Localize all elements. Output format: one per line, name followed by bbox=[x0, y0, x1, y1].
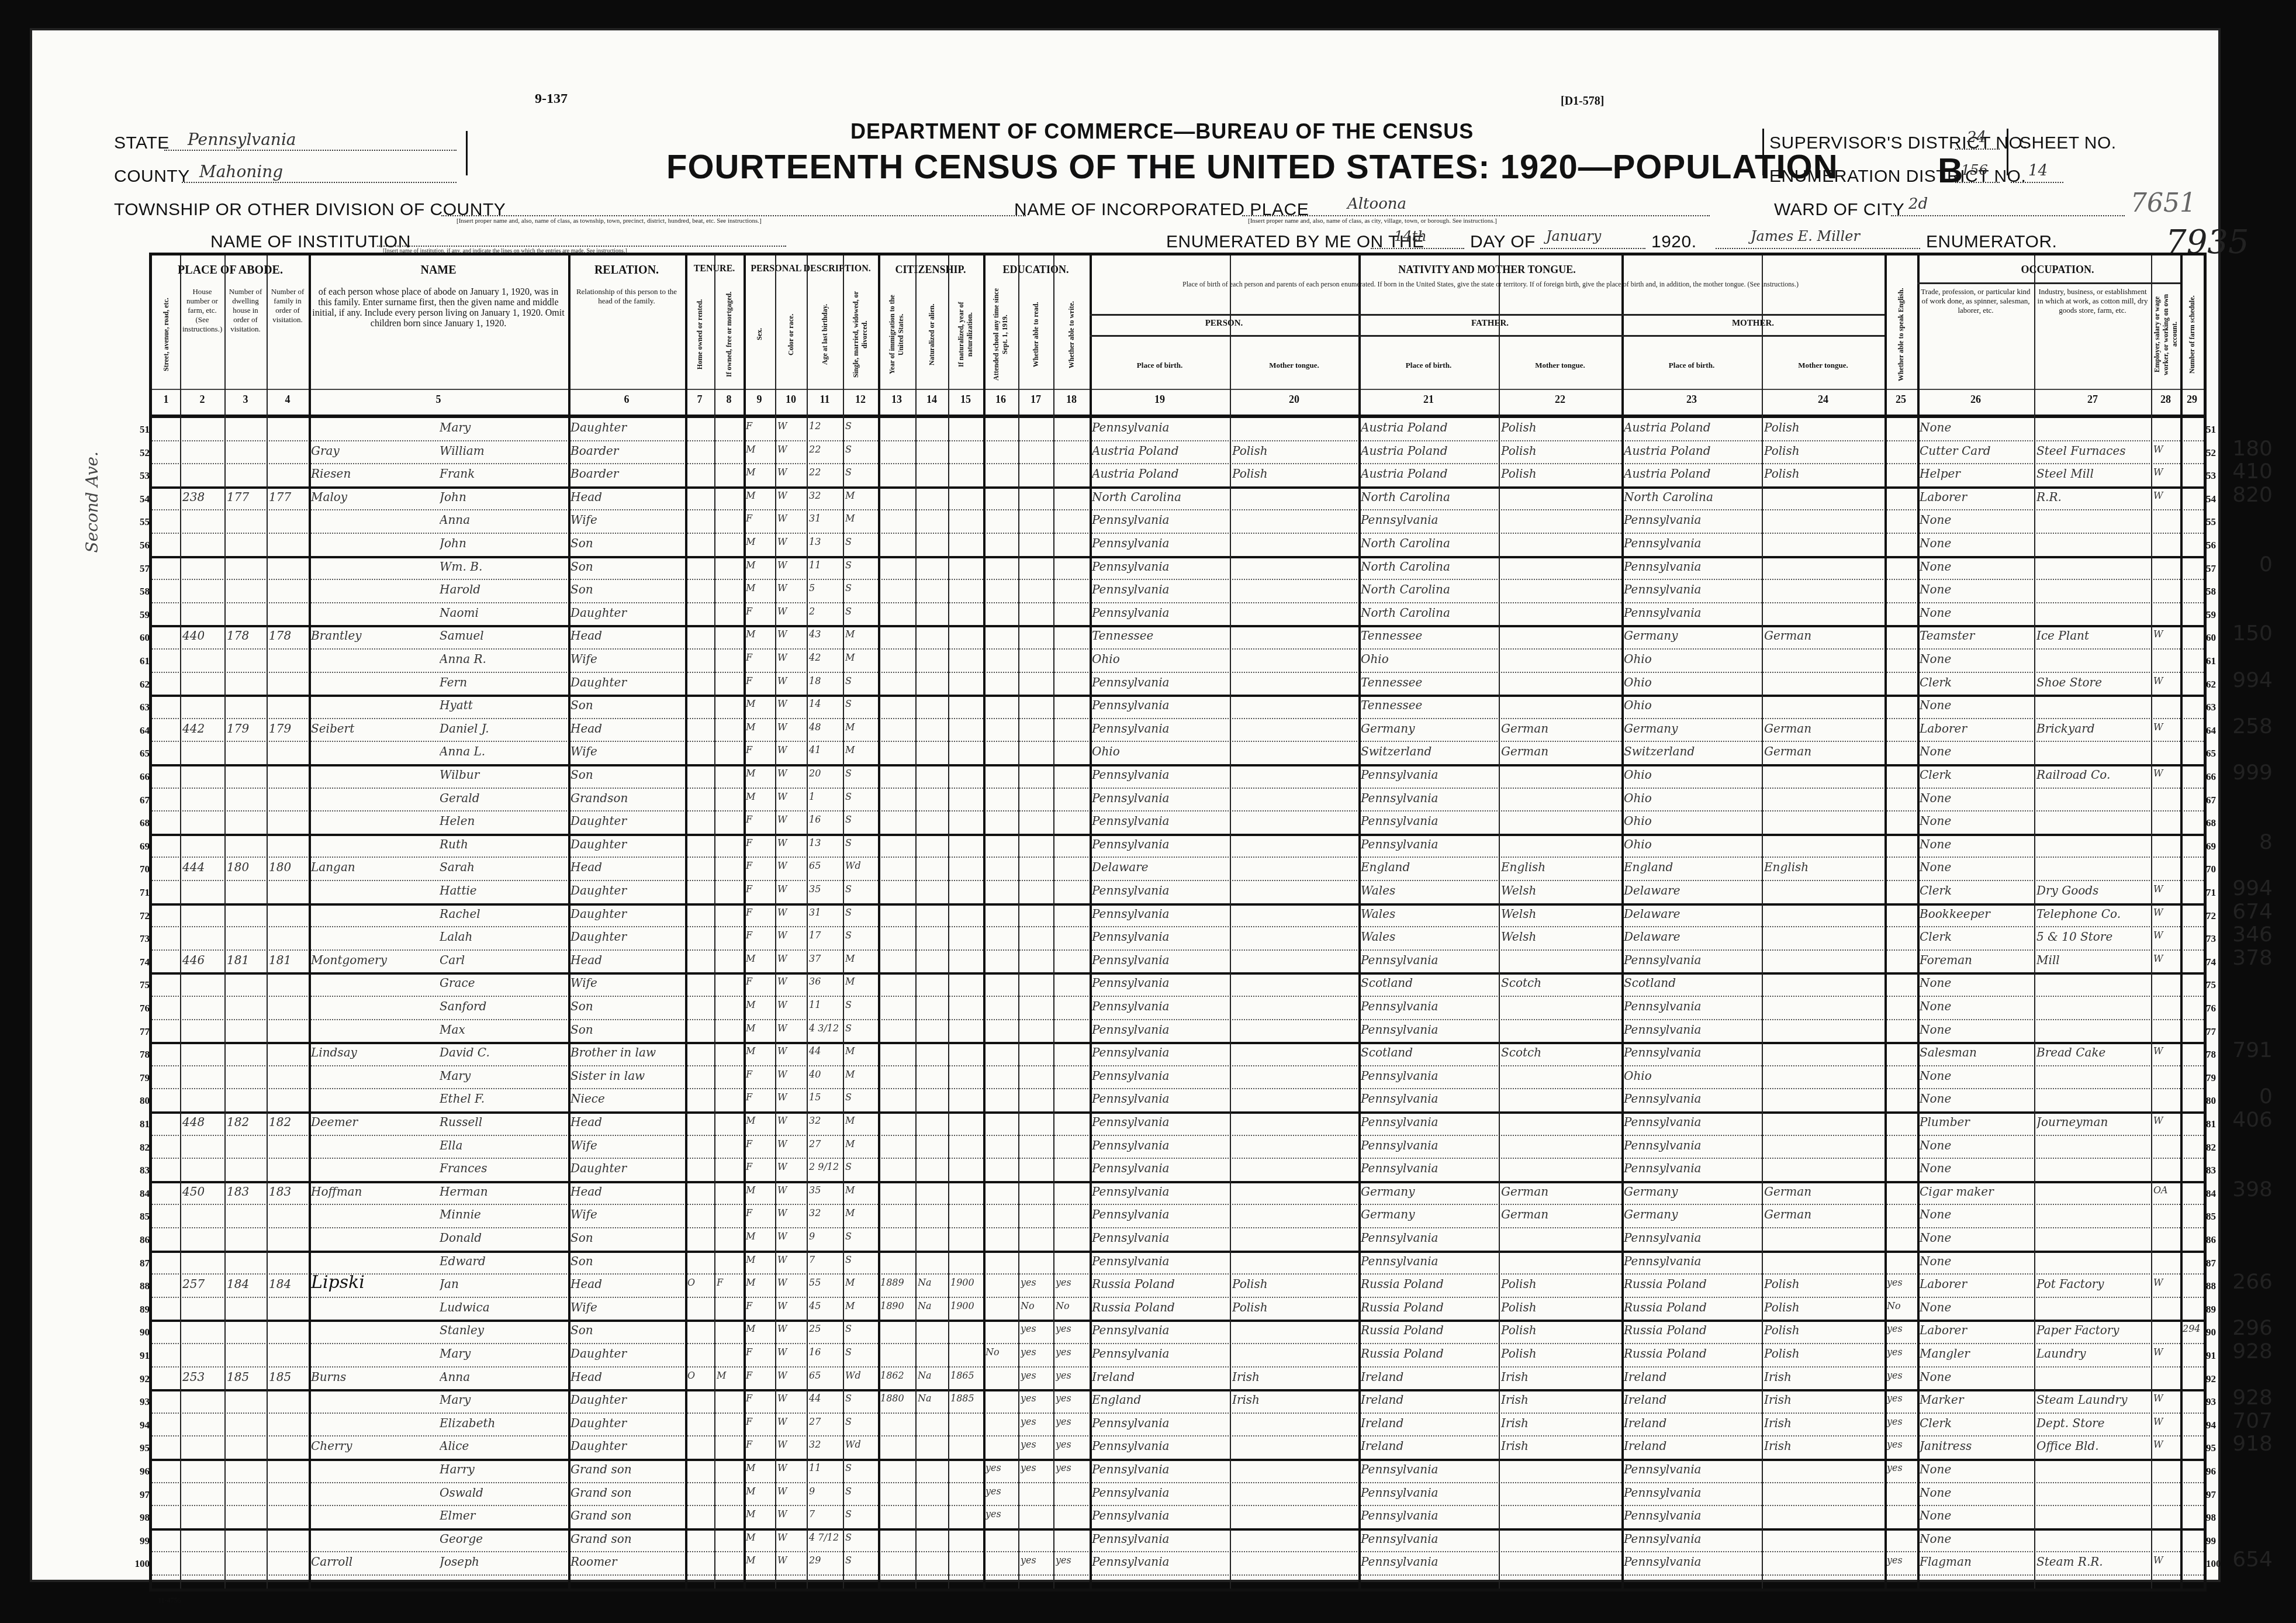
table-row: 6262FernDaughterFW18SPennsylvaniaTenness… bbox=[152, 672, 2204, 697]
cell-sex: F bbox=[746, 1300, 773, 1311]
column-divider bbox=[224, 255, 226, 1589]
column-number: 27 bbox=[2034, 393, 2151, 406]
cell-marital: Wd bbox=[845, 860, 876, 871]
cell-age: 12 bbox=[809, 420, 841, 431]
cell-birth: Pennsylvania bbox=[1092, 675, 1227, 689]
cell-m-birth: Pennsylvania bbox=[1624, 1045, 1759, 1059]
cell-speak: yes bbox=[1887, 1346, 1915, 1358]
cell-m-birth: Russia Poland bbox=[1624, 1346, 1759, 1360]
cell-race: W bbox=[777, 1185, 804, 1196]
cell-f-birth: England bbox=[1361, 860, 1496, 874]
cell-m-birth: Ireland bbox=[1624, 1416, 1759, 1430]
cell-sex: F bbox=[746, 513, 773, 524]
cell-birth: Pennsylvania bbox=[1092, 953, 1227, 967]
table-row: 5858HaroldSonMW5SPennsylvaniaNorth Carol… bbox=[152, 579, 2204, 603]
column-header-label: Year of immigration to the United States… bbox=[888, 285, 905, 384]
cell-given: Alice bbox=[440, 1439, 566, 1453]
cell-race: W bbox=[777, 768, 804, 779]
cell-occupation: None bbox=[1920, 1069, 2032, 1083]
cell-birth: Pennsylvania bbox=[1092, 1462, 1227, 1476]
cell-relation: Niece bbox=[570, 1092, 683, 1106]
cell-industry: Steel Mill bbox=[2036, 467, 2149, 481]
cell-age: 35 bbox=[809, 883, 841, 895]
cell-relation: Son bbox=[570, 698, 683, 712]
column-header-label: Whether able to speak English. bbox=[1897, 285, 1906, 384]
cell-m-birth: Pennsylvania bbox=[1624, 1138, 1759, 1152]
cell-birth: Pennsylvania bbox=[1092, 1323, 1227, 1337]
cell-farm: 294 bbox=[2183, 1323, 2201, 1334]
enumerated-month-field[interactable]: January bbox=[1540, 228, 1645, 249]
cell-occupation: None bbox=[1920, 1023, 2032, 1037]
group-citizenship: CITIZENSHIP. bbox=[878, 264, 983, 276]
line-number: 65 bbox=[2206, 748, 2229, 759]
column-divider bbox=[948, 255, 949, 1589]
cell-f-tongue: Welsh bbox=[1501, 907, 1619, 921]
cell-f-birth: Pennsylvania bbox=[1361, 1092, 1496, 1106]
cell-occupation: Clerk bbox=[1920, 675, 2032, 689]
enumerated-month: January bbox=[1546, 228, 1601, 244]
cell-race: W bbox=[777, 744, 804, 755]
cell-birth: Pennsylvania bbox=[1092, 1185, 1227, 1199]
cell-age: 32 bbox=[809, 1207, 841, 1218]
cell-f-tongue: Polish bbox=[1501, 1300, 1619, 1314]
cell-race: W bbox=[777, 1207, 804, 1218]
table-row: 7878LindsayDavid C.Brother in lawMW44MPe… bbox=[152, 1042, 2204, 1066]
column-divider bbox=[1917, 255, 1920, 1589]
cell-age: 9 bbox=[809, 1486, 841, 1497]
cell-surname: Seibert bbox=[311, 721, 434, 735]
county-value: Mahoning bbox=[199, 162, 283, 181]
column-header-4: Number of family in order of visitation. bbox=[267, 285, 309, 389]
column-header-label: Relationship of this person to the head … bbox=[568, 285, 685, 308]
cell-marital: S bbox=[845, 907, 876, 918]
column-number: 6 bbox=[568, 393, 685, 406]
cell-given: Gerald bbox=[440, 791, 566, 805]
cell-occupation: None bbox=[1920, 536, 2032, 550]
cell-age: 5 bbox=[809, 582, 841, 593]
supervisor-field[interactable]: 24 bbox=[1955, 129, 2000, 150]
cell-read: No bbox=[1021, 1300, 1051, 1311]
cell-birth: Austria Poland bbox=[1092, 444, 1227, 458]
cell-sex: F bbox=[746, 606, 773, 617]
cell-sex: F bbox=[746, 976, 773, 987]
cell-m-birth: Pennsylvania bbox=[1624, 606, 1759, 620]
cell-sex: F bbox=[746, 907, 773, 918]
cell-sex: M bbox=[746, 698, 773, 709]
township-field[interactable] bbox=[441, 202, 1026, 216]
cell-sex: M bbox=[746, 1277, 773, 1288]
cell-f-tongue: Polish bbox=[1501, 420, 1619, 434]
cell-relation: Wife bbox=[570, 744, 683, 758]
column-number: 11 bbox=[807, 393, 843, 406]
cell-nat: Na bbox=[918, 1300, 946, 1311]
column-header-label: Place of birth. bbox=[1358, 337, 1499, 372]
column-divider bbox=[714, 255, 715, 1589]
cell-m-birth: Germany bbox=[1624, 1207, 1759, 1221]
enumeration-value: 156 bbox=[1961, 162, 1988, 178]
cell-sex: F bbox=[746, 652, 773, 663]
cell-birth: Pennsylvania bbox=[1092, 1532, 1227, 1546]
cell-sex: M bbox=[746, 1254, 773, 1265]
column-header-label: Whether able to read. bbox=[1032, 285, 1040, 384]
column-header-17: Whether able to read. bbox=[1018, 285, 1053, 389]
enumerated-day-field[interactable]: 14th bbox=[1371, 228, 1464, 249]
cell-occupation: Laborer bbox=[1920, 1277, 2032, 1291]
cell-employer: W bbox=[2153, 930, 2178, 941]
cell-marital: S bbox=[845, 675, 876, 686]
cell-industry: Journeyman bbox=[2036, 1115, 2149, 1129]
cell-natyear: 1900 bbox=[950, 1277, 981, 1288]
line-number: 56 bbox=[126, 540, 150, 551]
column-divider bbox=[878, 255, 880, 1589]
cell-sex: F bbox=[746, 675, 773, 686]
cell-given: Stanley bbox=[440, 1323, 566, 1337]
corner-note: 7651 bbox=[2131, 188, 2196, 218]
cell-occupation: None bbox=[1920, 999, 2032, 1013]
header-divider bbox=[1090, 314, 1884, 316]
cell-employer: W bbox=[2153, 467, 2178, 478]
column-header-label: Single, married, widowed, or divorced. bbox=[852, 285, 869, 384]
cell-speak: No bbox=[1887, 1300, 1915, 1311]
column-divider bbox=[568, 255, 570, 1589]
line-number: 55 bbox=[126, 516, 150, 528]
cell-sex: F bbox=[746, 1370, 773, 1381]
cell-given: Anna L. bbox=[440, 744, 566, 758]
column-header-label: Mother tongue. bbox=[1230, 337, 1358, 372]
cell-occupation: Teamster bbox=[1920, 629, 2032, 643]
cell-house: 238 bbox=[182, 490, 222, 504]
cell-age: 2 bbox=[809, 606, 841, 617]
line-number: 70 bbox=[2206, 864, 2229, 875]
margin-note: 180 bbox=[2232, 437, 2273, 461]
table-row: 6969RuthDaughterFW13SPennsylvaniaPennsyl… bbox=[152, 834, 2204, 858]
table-row: 9898ElmerGrand sonMW7SyesPennsylvaniaPen… bbox=[152, 1505, 2204, 1531]
ward-field[interactable]: 2d bbox=[1891, 195, 2125, 216]
cell-m-birth: Pennsylvania bbox=[1624, 1161, 1759, 1175]
line-number: 90 bbox=[2206, 1327, 2229, 1338]
cell-f-birth: Pennsylvania bbox=[1361, 1532, 1496, 1546]
line-number: 98 bbox=[126, 1512, 150, 1524]
line-number: 76 bbox=[2206, 1003, 2229, 1014]
table-row: 7070444180180LanganSarahHeadFW65WdDelawa… bbox=[152, 857, 2204, 881]
cell-marital: S bbox=[845, 1023, 876, 1034]
cell-race: W bbox=[777, 883, 804, 895]
table-row: 6868HelenDaughterFW16SPennsylvaniaPennsy… bbox=[152, 810, 2204, 836]
cell-age: 32 bbox=[809, 490, 841, 501]
county-field[interactable]: Mahoning bbox=[182, 162, 457, 183]
cell-industry: Brickyard bbox=[2036, 721, 2149, 735]
cell-relation: Head bbox=[570, 1370, 683, 1384]
table-row: 100100CarrollJosephRoomerMW29SyesyesPenn… bbox=[152, 1551, 2204, 1576]
line-number: 99 bbox=[126, 1535, 150, 1547]
cell-house: 446 bbox=[182, 953, 222, 967]
cell-nat: Na bbox=[918, 1277, 946, 1288]
line-number: 62 bbox=[2206, 679, 2229, 690]
cell-age: 55 bbox=[809, 1277, 841, 1288]
cell-relation: Head bbox=[570, 629, 683, 643]
column-divider bbox=[983, 255, 986, 1589]
column-number: 17 bbox=[1018, 393, 1053, 406]
cell-surname: Lipski bbox=[311, 1272, 434, 1293]
cell-given: Mary bbox=[440, 420, 566, 434]
line-number: 100 bbox=[126, 1558, 150, 1570]
cell-school: yes bbox=[986, 1508, 1016, 1520]
column-divider bbox=[1884, 255, 1887, 1589]
cell-marital: M bbox=[845, 1045, 876, 1056]
cell-birth: Russia Poland bbox=[1092, 1277, 1227, 1291]
cell-marital: S bbox=[845, 1462, 876, 1473]
line-number: 95 bbox=[2206, 1442, 2229, 1454]
cell-given: Donald bbox=[440, 1231, 566, 1245]
cell-natyear: 1865 bbox=[950, 1370, 981, 1381]
column-header-label: House number or farm, etc. (See instruct… bbox=[180, 285, 224, 336]
line-number: 92 bbox=[2206, 1373, 2229, 1385]
line-number: 88 bbox=[126, 1280, 150, 1292]
table-row: 5353RiesenFrankBoarderMW22SAustria Polan… bbox=[152, 463, 2204, 489]
cell-sex: F bbox=[746, 1161, 773, 1172]
table-row: 5757Wm. B.SonMW11SPennsylvaniaNorth Caro… bbox=[152, 556, 2204, 581]
cell-given: Oswald bbox=[440, 1486, 566, 1500]
cell-family: 182 bbox=[269, 1115, 306, 1129]
cell-f-tongue: Scotch bbox=[1501, 976, 1619, 990]
line-number: 77 bbox=[2206, 1026, 2229, 1038]
enumerator-field[interactable]: James E. Miller bbox=[1716, 228, 1920, 249]
cell-birth: Pennsylvania bbox=[1092, 606, 1227, 620]
cell-occupation: None bbox=[1920, 1370, 2032, 1384]
cell-m-tongue: Irish bbox=[1764, 1370, 1882, 1384]
cell-employer: W bbox=[2153, 444, 2178, 455]
cell-m-birth: Delaware bbox=[1624, 907, 1759, 921]
cell-relation: Daughter bbox=[570, 606, 683, 620]
cell-birth: Ireland bbox=[1092, 1370, 1227, 1384]
cell-employer: W bbox=[2153, 1555, 2178, 1566]
cell-age: 17 bbox=[809, 930, 841, 941]
cell-m-birth: Austria Poland bbox=[1624, 420, 1759, 434]
cell-write: yes bbox=[1056, 1323, 1087, 1334]
cell-birth: Pennsylvania bbox=[1092, 698, 1227, 712]
cell-race: W bbox=[777, 721, 804, 733]
ward-label: WARD OF CITY bbox=[1774, 200, 1904, 220]
group-abode: PLACE OF ABODE. bbox=[152, 264, 309, 277]
cell-relation: Daughter bbox=[570, 883, 683, 897]
cell-marital: M bbox=[845, 1138, 876, 1149]
cell-age: 27 bbox=[809, 1138, 841, 1149]
cell-f-birth: Ireland bbox=[1361, 1370, 1496, 1384]
day-of-label: DAY OF bbox=[1470, 232, 1536, 252]
table-row: 8181448182182DeemerRussellHeadMW32MPenns… bbox=[152, 1111, 2204, 1136]
cell-race: W bbox=[777, 420, 804, 431]
cell-given: Mary bbox=[440, 1393, 566, 1407]
cell-age: 13 bbox=[809, 837, 841, 848]
cell-sex: M bbox=[746, 536, 773, 547]
cell-f-birth: North Carolina bbox=[1361, 490, 1496, 504]
column-divider bbox=[685, 255, 687, 1589]
cell-birth: England bbox=[1092, 1393, 1227, 1407]
cell-m-birth: Pennsylvania bbox=[1624, 1486, 1759, 1500]
cell-relation: Head bbox=[570, 1115, 683, 1129]
cell-f-tongue: Irish bbox=[1501, 1439, 1619, 1453]
institution-field[interactable] bbox=[377, 235, 786, 247]
cell-tenure: O bbox=[687, 1277, 712, 1288]
margin-note: 150 bbox=[2232, 621, 2273, 645]
cell-age: 65 bbox=[809, 1370, 841, 1381]
cell-family: 177 bbox=[269, 490, 306, 504]
line-number: 91 bbox=[2206, 1350, 2229, 1362]
cell-family: 184 bbox=[269, 1277, 306, 1291]
column-header-label: Home owned or rented. bbox=[696, 285, 704, 384]
cell-race: W bbox=[777, 1231, 804, 1242]
line-number: 89 bbox=[2206, 1304, 2229, 1315]
cell-occupation: Clerk bbox=[1920, 1416, 2032, 1430]
cell-m-birth: North Carolina bbox=[1624, 490, 1759, 504]
column-number: 16 bbox=[983, 393, 1018, 406]
cell-m-birth: Russia Poland bbox=[1624, 1277, 1759, 1291]
cell-birth: Ohio bbox=[1092, 652, 1227, 666]
cell-marital: S bbox=[845, 698, 876, 709]
cell-m-birth: England bbox=[1624, 860, 1759, 874]
cell-marital: S bbox=[845, 814, 876, 825]
cell-sex: M bbox=[746, 1508, 773, 1520]
incorporated-field[interactable]: Altoona bbox=[1242, 195, 1710, 216]
table-row: 7575GraceWifeFW36MPennsylvaniaScotlandSc… bbox=[152, 972, 2204, 997]
cell-occupation: Helper bbox=[1920, 467, 2032, 481]
cell-write: yes bbox=[1056, 1370, 1087, 1381]
column-number: 18 bbox=[1053, 393, 1090, 406]
group-name: NAME bbox=[310, 264, 567, 277]
column-header-label: Employer, salary or wage worker, or work… bbox=[2153, 285, 2179, 384]
column-number: 8 bbox=[714, 393, 744, 406]
margin-note: 791 bbox=[2232, 1038, 2273, 1062]
cell-relation: Daughter bbox=[570, 814, 683, 828]
cell-immig: 1880 bbox=[880, 1393, 913, 1404]
line-number: 61 bbox=[2206, 655, 2229, 667]
cell-f-birth: Ireland bbox=[1361, 1416, 1496, 1430]
column-number: 3 bbox=[224, 393, 267, 406]
line-number: 67 bbox=[2206, 795, 2229, 806]
line-number: 65 bbox=[126, 748, 150, 759]
cell-surname: Hoffman bbox=[311, 1185, 434, 1199]
cell-house: 450 bbox=[182, 1185, 222, 1199]
line-number: 75 bbox=[126, 979, 150, 991]
cell-family: 180 bbox=[269, 860, 306, 874]
cell-f-birth: Wales bbox=[1361, 930, 1496, 944]
cell-age: 4 7/12 bbox=[809, 1532, 841, 1543]
table-row: 6767GeraldGrandsonMW1SPennsylvaniaPennsy… bbox=[152, 788, 2204, 812]
line-number: 75 bbox=[2206, 979, 2229, 991]
cell-marital: S bbox=[845, 1254, 876, 1265]
table-row: 7474446181181MontgomeryCarlHeadMW37MPenn… bbox=[152, 949, 2204, 975]
cell-house: 442 bbox=[182, 721, 222, 735]
cell-relation: Wife bbox=[570, 652, 683, 666]
cell-employer: W bbox=[2153, 1115, 2178, 1126]
cell-birth: Pennsylvania bbox=[1092, 420, 1227, 434]
column-header-label: If owned, free or mortgaged. bbox=[725, 285, 734, 384]
cell-race: W bbox=[777, 1045, 804, 1056]
column-header-11: Age at last birthday. bbox=[807, 285, 843, 389]
group-father: FATHER. bbox=[1358, 319, 1621, 329]
group-nativity: NATIVITY AND MOTHER TONGUE. bbox=[1090, 264, 1884, 276]
cell-relation: Wife bbox=[570, 1207, 683, 1221]
cell-industry: Paper Factory bbox=[2036, 1323, 2149, 1337]
cell-occupation: None bbox=[1920, 1508, 2032, 1522]
group-relation: RELATION. bbox=[568, 264, 685, 277]
column-number: 24 bbox=[1762, 393, 1884, 406]
cell-marital: M bbox=[845, 1115, 876, 1126]
state-field[interactable]: Pennsylvania bbox=[164, 130, 457, 151]
cell-m-birth: Ohio bbox=[1624, 698, 1759, 712]
cell-occupation: None bbox=[1920, 513, 2032, 527]
line-number: 57 bbox=[126, 563, 150, 575]
cell-relation: Sister in law bbox=[570, 1069, 683, 1083]
cell-occupation: None bbox=[1920, 1231, 2032, 1245]
line-number: 55 bbox=[2206, 516, 2229, 528]
cell-given: Rachel bbox=[440, 907, 566, 921]
cell-race: W bbox=[777, 1161, 804, 1172]
cell-speak: yes bbox=[1887, 1370, 1915, 1381]
cell-sex: F bbox=[746, 837, 773, 848]
table-row: 7979MarySister in lawFW40MPennsylvaniaPe… bbox=[152, 1065, 2204, 1090]
cell-m-tongue: Polish bbox=[1764, 1346, 1882, 1360]
line-number: 97 bbox=[126, 1489, 150, 1501]
cell-read: yes bbox=[1021, 1439, 1051, 1450]
cell-birth: Pennsylvania bbox=[1092, 536, 1227, 550]
cell-occupation: Cigar maker bbox=[1920, 1185, 2032, 1199]
cell-m-birth: Pennsylvania bbox=[1624, 953, 1759, 967]
cell-m-tongue: Polish bbox=[1764, 1323, 1882, 1337]
nativity-description: Place of birth of each person and parent… bbox=[1111, 280, 1870, 289]
column-header-27: Industry, business, or establishment in … bbox=[2034, 285, 2151, 389]
column-header-label: Age at last birthday. bbox=[821, 285, 829, 384]
cell-immig: 1889 bbox=[880, 1277, 913, 1288]
sheet-letter: B bbox=[1938, 150, 1963, 191]
cell-given: Mary bbox=[440, 1346, 566, 1360]
cell-f-birth: Pennsylvania bbox=[1361, 1462, 1496, 1476]
column-header-label: Attended school any time since Sept. 1, … bbox=[992, 285, 1009, 384]
cell-given: Grace bbox=[440, 976, 566, 990]
cell-f-birth: Wales bbox=[1361, 883, 1496, 897]
cell-surname: Burns bbox=[311, 1370, 434, 1384]
cell-sex: M bbox=[746, 467, 773, 478]
cell-m-birth: Ohio bbox=[1624, 814, 1759, 828]
cell-surname: Deemer bbox=[311, 1115, 434, 1129]
cell-marital: M bbox=[845, 629, 876, 640]
cell-relation: Daughter bbox=[570, 907, 683, 921]
line-number: 70 bbox=[126, 864, 150, 875]
sheet-field[interactable]: 14 bbox=[2011, 162, 2063, 183]
cell-f-birth: Pennsylvania bbox=[1361, 1115, 1496, 1129]
cell-race: W bbox=[777, 652, 804, 663]
cell-tongue: Irish bbox=[1232, 1370, 1356, 1384]
bracket bbox=[1762, 129, 1769, 175]
group-mother: MOTHER. bbox=[1621, 319, 1884, 329]
cell-age: 41 bbox=[809, 744, 841, 755]
cell-marital: S bbox=[845, 1416, 876, 1427]
cell-employer: W bbox=[2153, 1393, 2178, 1404]
cell-marital: S bbox=[845, 1532, 876, 1543]
column-header-13: Year of immigration to the United States… bbox=[878, 285, 915, 389]
cell-f-birth: Pennsylvania bbox=[1361, 1138, 1496, 1152]
cell-school: No bbox=[986, 1346, 1016, 1358]
cell-age: 45 bbox=[809, 1300, 841, 1311]
cell-f-birth: Tennessee bbox=[1361, 698, 1496, 712]
cell-industry: Steam Laundry bbox=[2036, 1393, 2149, 1407]
cell-race: W bbox=[777, 1092, 804, 1103]
cell-m-tongue: Irish bbox=[1764, 1393, 1882, 1407]
line-number: 64 bbox=[126, 725, 150, 737]
cell-occupation: None bbox=[1920, 1207, 2032, 1221]
line-number: 68 bbox=[126, 817, 150, 829]
column-divider bbox=[807, 255, 808, 1589]
